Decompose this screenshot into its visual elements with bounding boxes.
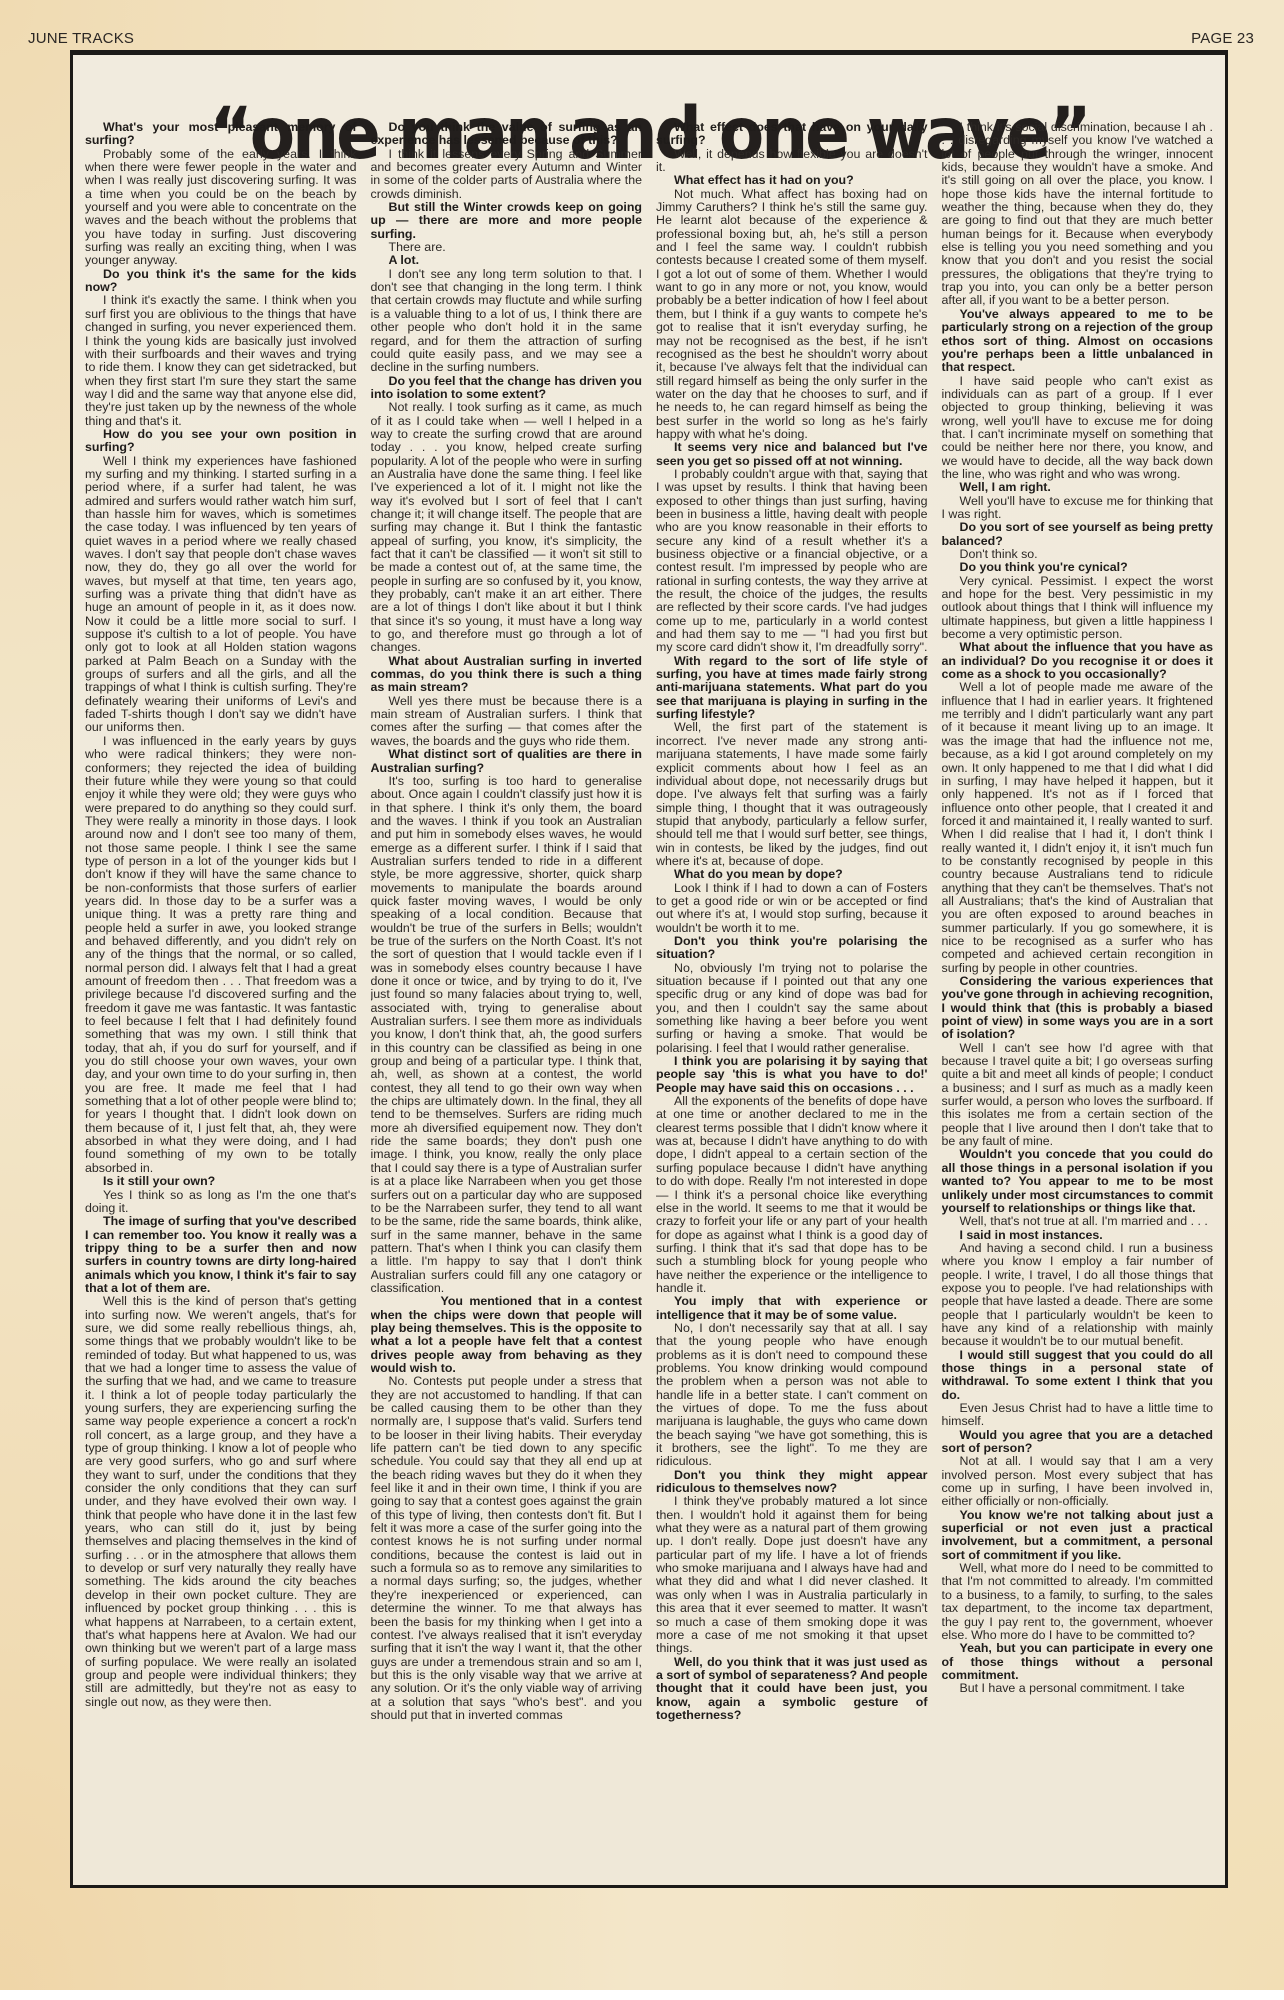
interview-question: What distinct sort of qualities are ther… bbox=[371, 748, 643, 775]
interview-answer: Not much. What affect has boxing had on … bbox=[656, 188, 928, 442]
interview-question: Wouldn't you concede that you could do a… bbox=[942, 1148, 1214, 1215]
interview-question: With regard to the sort of life style of… bbox=[656, 655, 928, 722]
interview-answer: Well, that's not true at all. I'm marrie… bbox=[942, 1215, 1214, 1228]
interview-answer: I think it's exactly the same. I think w… bbox=[85, 294, 357, 427]
interview-question: How do you see your own position in surf… bbox=[85, 428, 357, 455]
interview-question: Well, do you think that it was just used… bbox=[656, 1656, 928, 1723]
interview-answer: Very cynical. Pessimist. I expect the wo… bbox=[942, 575, 1214, 642]
interview-question: Don't you think they might appear ridicu… bbox=[656, 1469, 928, 1496]
interview-question: I would still suggest that you could do … bbox=[942, 1349, 1214, 1402]
interview-answer: No, I don't necessarily say that at all.… bbox=[656, 1322, 928, 1469]
interview-question: Do you think it's the same for the kids … bbox=[85, 268, 357, 295]
interview-answer: Well this is the kind of person that's g… bbox=[85, 1295, 357, 1709]
interview-question: Do you think you're cynical? bbox=[942, 561, 1214, 574]
interview-question: You know we're not talking about just a … bbox=[942, 1509, 1214, 1562]
interview-answer: And having a second child. I run a busin… bbox=[942, 1242, 1214, 1349]
article-body: What's your most pleasant memory of surf… bbox=[85, 121, 1213, 1821]
interview-answer: I think it's social discrimination, beca… bbox=[942, 121, 1214, 308]
interview-answer: I was influenced in the early years by g… bbox=[85, 735, 357, 1175]
interview-question: What about the influence that you have a… bbox=[942, 641, 1214, 681]
interview-answer: Well, what more do I need to be committe… bbox=[942, 1562, 1214, 1642]
page-bottom-edge bbox=[0, 1990, 1284, 2000]
interview-question: You've always appeared to me to be parti… bbox=[942, 308, 1214, 375]
interview-answer: I think they've probably matured a lot s… bbox=[656, 1495, 928, 1655]
interview-answer: Not at all. I would say that I am a very… bbox=[942, 1455, 1214, 1508]
interview-answer: Don't think so. bbox=[942, 548, 1214, 561]
interview-question: Do you feel that the change has driven y… bbox=[371, 375, 643, 402]
interview-question: What do you mean by dope? bbox=[656, 868, 928, 881]
column-4: I think it's social discrimination, beca… bbox=[942, 121, 1214, 1821]
interview-question: What effect has it had on you? bbox=[656, 174, 928, 187]
interview-answer: Well you'll have to excuse me for thinki… bbox=[942, 495, 1214, 522]
interview-question: A lot. bbox=[371, 254, 643, 267]
interview-question: Is it still your own? bbox=[85, 1175, 357, 1188]
article-frame: “one man and one wave” What's your most … bbox=[70, 50, 1228, 1888]
interview-question: The image of surfing that you've describ… bbox=[85, 1215, 357, 1295]
interview-answer: Even Jesus Christ had to have a little t… bbox=[942, 1402, 1214, 1429]
column-3: What effect does that have on your daily… bbox=[656, 121, 928, 1821]
interview-answer: Well yes there must be because there is … bbox=[371, 695, 643, 748]
interview-question: Don't you think you're polarising the si… bbox=[656, 935, 928, 962]
interview-answer: Well, it depends how flexible you are do… bbox=[656, 148, 928, 175]
interview-answer: Well a lot of people made me aware of th… bbox=[942, 681, 1214, 975]
interview-answer: Probably some of the early years. I thin… bbox=[85, 148, 357, 268]
interview-question: It seems very nice and balanced but I've… bbox=[656, 441, 928, 468]
interview-answer: No. Contests put people under a stress t… bbox=[371, 1375, 643, 1722]
interview-question: Well, I am right. bbox=[942, 481, 1214, 494]
interview-question: Would you agree that you are a detached … bbox=[942, 1429, 1214, 1456]
page-number: PAGE 23 bbox=[1191, 30, 1254, 47]
interview-answer: I have said people who can't exist as in… bbox=[942, 375, 1214, 482]
column-1: What's your most pleasant memory of surf… bbox=[85, 121, 357, 1821]
interview-question: I said in most instances. bbox=[942, 1229, 1214, 1242]
interview-question: I think you are polarising it by saying … bbox=[656, 1055, 928, 1095]
interview-question: What's your most pleasant memory of surf… bbox=[85, 121, 357, 148]
interview-answer: It's too, surfing is too hard to general… bbox=[371, 775, 643, 1295]
interview-question: Considering the various experiences that… bbox=[942, 975, 1214, 1042]
interview-answer: Well, the first part of the statement is… bbox=[656, 721, 928, 868]
interview-answer: There are. bbox=[371, 241, 643, 254]
interview-question: What about Australian surfing in inverte… bbox=[371, 655, 643, 695]
interview-answer: Well I can't see how I'd agree with that… bbox=[942, 1042, 1214, 1149]
interview-answer: All the exponents of the benefits of dop… bbox=[656, 1095, 928, 1295]
interview-answer: No, obviously I'm trying not to polarise… bbox=[656, 962, 928, 1055]
interview-answer: But I have a personal commitment. I take bbox=[942, 1682, 1214, 1695]
interview-question: But still the Winter crowds keep on goin… bbox=[371, 201, 643, 241]
interview-answer: Well I think my experiences have fashion… bbox=[85, 455, 357, 735]
interview-answer: Look I think if I had to down a can of F… bbox=[656, 882, 928, 935]
interview-answer: Yes I think so as long as I'm the one th… bbox=[85, 1189, 357, 1216]
column-2: Do you think the value of surfing as an … bbox=[371, 121, 643, 1821]
interview-answer: Not really. I took surfing as it came, a… bbox=[371, 401, 643, 655]
interview-question: What effect does that have on your daily… bbox=[656, 121, 928, 148]
interview-question: Yeah, but you can participate in every o… bbox=[942, 1642, 1214, 1682]
interview-answer: I think it lessens every Spring and Summ… bbox=[371, 148, 643, 201]
interview-question: You mentioned that in a contest when the… bbox=[371, 1295, 643, 1375]
interview-question: Do you sort of see yourself as being pre… bbox=[942, 521, 1214, 548]
interview-question: Do you think the value of surfing as an … bbox=[371, 121, 643, 148]
interview-answer: I probably couldn't argue with that, say… bbox=[656, 468, 928, 655]
interview-answer: I don't see any long term solution to th… bbox=[371, 268, 643, 375]
interview-question: You imply that with experience or intell… bbox=[656, 1295, 928, 1322]
issue-label: JUNE TRACKS bbox=[28, 30, 134, 47]
